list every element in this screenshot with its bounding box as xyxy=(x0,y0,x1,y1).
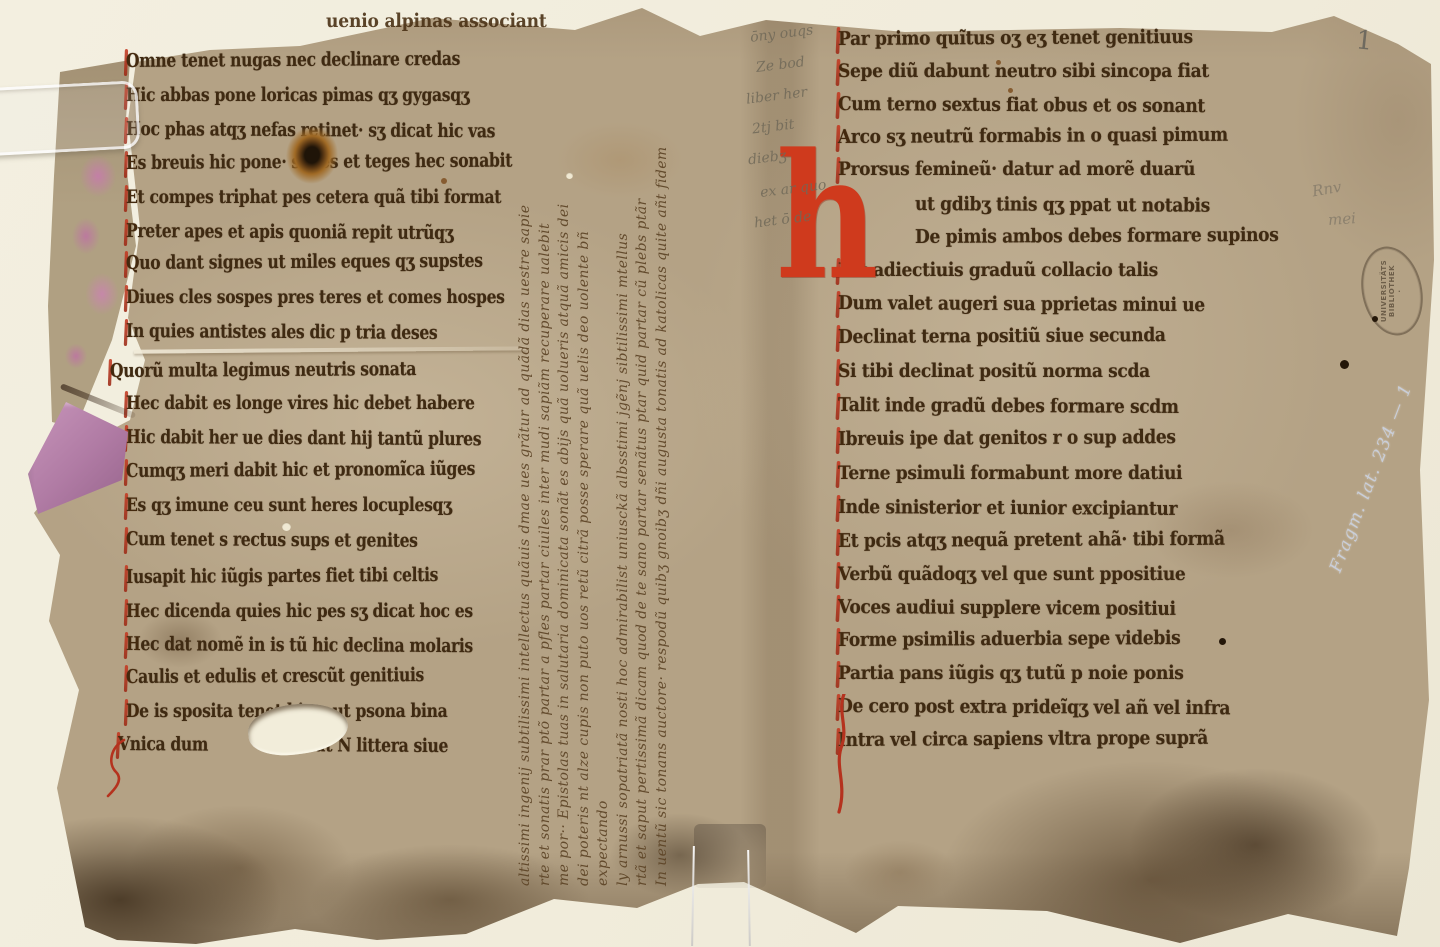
manuscript-verse-line: ut gdibʒ tinis qʒ ppat ut notabis xyxy=(915,193,1210,217)
cursive-note-line: In uentũ sic tonans auctore· respodũ qui… xyxy=(653,14,673,886)
line-text: t compes triphat pes cetera quã tibi for… xyxy=(138,186,502,208)
line-text: um valet augeri sua pprietas minui ue xyxy=(852,292,1204,316)
line-initial: C xyxy=(126,528,138,550)
line-text: rco sʒ neutrũ formabis in o quasi pimum xyxy=(851,124,1228,148)
manuscript-verse-line: Est adiectiuis graduũ collacio talis xyxy=(838,259,1158,281)
manuscript-photo: { "document": { "kind": "medieval parchm… xyxy=(0,0,1440,947)
line-text: st adiectiuis graduũ collacio talis xyxy=(851,259,1158,281)
line-initial: C xyxy=(838,93,851,115)
line-text: s qʒ imune ceu sunt heres locuplesqʒ xyxy=(138,494,452,516)
manuscript-verse-line: Diues cles sospes pres teres et comes ho… xyxy=(126,286,505,308)
line-text: iues cles sospes pres teres et comes hos… xyxy=(139,286,504,308)
manuscript-verse-line: Cum tenet s rectus sups et genites xyxy=(126,528,418,552)
red-flourish-left xyxy=(104,738,130,798)
line-initial: H xyxy=(126,600,140,622)
manuscript-verse-line: Quorũ multa legimus neutris sonata xyxy=(110,358,416,382)
line-initial: D xyxy=(838,326,853,348)
manuscript-verse-line: Par primo quĩtus oʒ eʒ tenet genitiuus xyxy=(838,26,1193,50)
line-text: uorũ multa legimus neutris sonata xyxy=(123,358,416,382)
manuscript-verse-line: Et compes triphat pes cetera quã tibi fo… xyxy=(126,186,501,208)
line-text: n quies antistes ales dic p tria deses xyxy=(133,320,438,344)
line-initial: C xyxy=(126,460,138,482)
cursive-note-line: rtã et saput pertissimã dicam quod de te… xyxy=(633,14,653,886)
line-text: erbũ quãdoqʒ vel que sunt ppositiue xyxy=(849,563,1185,585)
stamp-line-3: · xyxy=(1396,289,1404,292)
line-initial: V xyxy=(838,596,849,618)
manuscript-verse-line: Cum terno sextus fiat obus et os sonant xyxy=(838,93,1205,117)
cursive-note-line: dei poteris nt alze cupis non puto uos r… xyxy=(575,14,595,886)
line-initial: F xyxy=(838,629,849,651)
cursive-note-line: altissimi ingenij subtilissimi intellect… xyxy=(516,14,536,886)
manuscript-verse-line: Hec dicenda quies hic pes sʒ dicat hoc e… xyxy=(126,600,473,622)
line-text: ut gdibʒ tinis qʒ ppat ut notabis xyxy=(915,193,1210,217)
line-initial: O xyxy=(126,50,139,72)
line-initial: E xyxy=(126,152,138,174)
manuscript-verse-line: Intra vel circa sapiens vltra prope supr… xyxy=(838,727,1208,751)
manuscript-verse-line: Iusapit hic iũgis partes fiet tibi celti… xyxy=(126,564,438,588)
line-initial: T xyxy=(838,462,848,484)
line-text: i tibi declinat positũ norma scda xyxy=(850,360,1150,382)
left-page-cropped-top-line: uenio alpinas associant xyxy=(326,10,547,32)
ink-spot xyxy=(441,178,447,184)
line-text: alit inde gradũ debes formare scdm xyxy=(849,394,1179,418)
line-initial: I xyxy=(126,566,133,588)
manuscript-verse-line: De pimis ambos debes formare supinos xyxy=(915,224,1279,248)
white-fleck xyxy=(566,172,573,179)
line-initial: C xyxy=(126,666,138,688)
clip-wire xyxy=(691,846,695,946)
line-text: rorsus femineũ· datur ad morẽ duarũ xyxy=(851,158,1196,180)
line-text: oces audiui supplere vicem positiui xyxy=(849,596,1175,620)
manuscript-verse-line: Cumqʒ meri dabit hic et pronomĩca iũges xyxy=(126,458,475,482)
line-text: nde sinisterior et iunior excipiantur xyxy=(846,496,1178,520)
manuscript-verse-line: Caulis et edulis et crescũt genitiuis xyxy=(126,664,424,688)
line-initial: E xyxy=(126,186,138,208)
line-text: artia pans iũgis qʒ tutũ p noie ponis xyxy=(850,662,1183,684)
line-text: ic abbas pone loricas pimas qʒ gygasqʒ xyxy=(140,84,469,106)
stamp-line-2: BIBLIOTHEK xyxy=(1388,265,1396,317)
manuscript-verse-line: Sepe diũ dabunt neutro sibi sincopa fiat xyxy=(838,60,1209,82)
stamp-line-1: UNIVERSITÄTS xyxy=(1380,260,1388,322)
line-initial: D xyxy=(126,700,139,722)
manuscript-verse-line: Voces audiui supplere vicem positiui xyxy=(838,596,1176,620)
manuscript-verse-line: Quo dant signes ut miles eques qʒ supste… xyxy=(126,250,483,274)
line-text: epe diũ dabunt neutro sibi sincopa fiat xyxy=(850,60,1209,82)
manuscript-verse-line: Si tibi declinat positũ norma scda xyxy=(838,360,1150,382)
line-initial: I xyxy=(126,320,133,342)
line-initial: P xyxy=(838,28,850,50)
manuscript-verse-line: Et pcis atqʒ nequã pretent ahã· tibi for… xyxy=(838,528,1225,552)
pencil-folio-number: 1 xyxy=(1354,25,1374,57)
line-text: De pimis ambos debes formare supinos xyxy=(915,224,1279,248)
line-text: eclinat terna positiũ siue secunda xyxy=(852,324,1165,348)
white-fleck xyxy=(282,522,291,531)
line-initial: Q xyxy=(126,252,139,274)
line-initial: E xyxy=(838,530,851,552)
manuscript-verse-line: Terne psimuli formabunt more datiui xyxy=(838,462,1182,484)
line-initial: I xyxy=(838,496,846,518)
red-flourish-right xyxy=(832,694,854,814)
manuscript-verse-line: Talit inde gradũ debes formare scdm xyxy=(838,394,1179,418)
acrylic-mount-clip-top-left xyxy=(0,80,141,156)
line-text: um tenet s rectus sups et genites xyxy=(138,528,418,552)
line-text: um terno sextus fiat obus et os sonant xyxy=(851,93,1205,117)
line-initial: P xyxy=(838,662,850,684)
line-text: erne psimuli formabunt more datiui xyxy=(848,462,1182,484)
line-text: usapit hic iũgis partes fiet tibi celtis xyxy=(133,564,438,588)
manuscript-verse-line: Verbũ quãdoqʒ vel que sunt ppositiue xyxy=(838,563,1185,585)
cursive-note-line: me por·· Epistolas tuas in salutaria dom… xyxy=(555,14,575,886)
wormhole-dot xyxy=(1372,316,1378,322)
manuscript-verse-line: Hec dat nomẽ in is tũ hic declina molari… xyxy=(126,633,473,657)
line-initial: T xyxy=(838,394,849,416)
line-initial: D xyxy=(126,286,139,308)
manuscript-verse-line: Hic dabit her ue dies dant hij tantũ plu… xyxy=(126,426,481,450)
manuscript-verse-line: Forme psimilis aduerbia sepe videbis xyxy=(838,627,1180,651)
manuscript-verse-line: De cero post extra prideĩqʒ vel añ vel i… xyxy=(838,695,1230,719)
cursive-note-line: ly arnussi sopatriatã nosti hoc admirabi… xyxy=(614,14,634,886)
line-text: ec dabit es longe vires hic debet habere xyxy=(140,392,474,414)
wormhole-dot xyxy=(1340,360,1349,369)
line-initial: S xyxy=(838,60,850,82)
manuscript-verse-line: Ibreuis ipe dat genitos r o sup addes xyxy=(838,426,1176,450)
line-initial: I xyxy=(838,428,846,450)
manuscript-verse-line: Hec dabit es longe vires hic debet haber… xyxy=(126,392,475,414)
line-text: t pcis atqʒ nequã pretent ahã· tibi form… xyxy=(851,528,1225,552)
line-text: aulis et edulis et crescũt genitiuis xyxy=(138,664,424,688)
line-text: mne tenet nugas nec declinare credas xyxy=(139,48,460,72)
line-initial: P xyxy=(126,220,137,242)
line-text: breuis ipe dat genitos r o sup addes xyxy=(846,426,1176,450)
line-initial: H xyxy=(126,426,140,448)
line-initial: S xyxy=(838,360,850,382)
line-text: uo dant signes ut miles eques qʒ supstes xyxy=(139,250,483,274)
ink-spot xyxy=(996,60,1001,65)
manuscript-verse-line: Es qʒ imune ceu sunt heres locuplesqʒ xyxy=(126,494,452,516)
line-text: orme psimilis aduerbia sepe videbis xyxy=(849,627,1181,651)
manuscript-verse-line: Dum valet augeri sua pprietas minui ue xyxy=(838,292,1205,316)
line-text: ic dabit her ue dies dant hij tantũ plur… xyxy=(140,426,481,450)
manuscript-verse-line: In quies antistes ales dic p tria deses xyxy=(126,320,437,344)
line-initial: Q xyxy=(110,360,123,382)
manuscript-verse-line: Prorsus femineũ· datur ad morẽ duarũ xyxy=(838,158,1195,180)
line-text: ar primo quĩtus oʒ eʒ tenet genitiuus xyxy=(850,26,1193,50)
vertical-cursive-marginal-note: altissimi ingenij subtilissimi intellect… xyxy=(516,14,678,886)
manuscript-verse-line: Preter apes et apis quoniã repit utrũqʒ xyxy=(126,220,453,244)
line-text: umqʒ meri dabit hic et pronomĩca iũges xyxy=(138,458,475,482)
manuscript-verse-line: Hic abbas pone loricas pimas qʒ gygasqʒ xyxy=(126,84,469,106)
manuscript-verse-line: Declinat terna positiũ siue secunda xyxy=(838,324,1166,348)
line-text: ec dicenda quies hic pes sʒ dicat hoc es xyxy=(140,600,472,622)
faint-scribble-2: mei xyxy=(1327,209,1356,229)
line-text: ntra vel circa sapiens vltra prope suprã xyxy=(846,727,1208,751)
manuscript-verse-line: Omne tenet nugas nec declinare credas xyxy=(126,48,460,72)
stamp-text: UNIVERSITÄTS BIBLIOTHEK · xyxy=(1380,260,1404,322)
cursive-note-line: rte et sonatis prar ptõ partar a pfles p… xyxy=(536,14,556,886)
line-initial: E xyxy=(126,494,138,516)
line-initial: V xyxy=(838,563,849,585)
line-text: ec dat nomẽ in is tũ hic declina molaris xyxy=(140,633,473,657)
manuscript-verse-line: Arco sʒ neutrũ formabis in o quasi pimum xyxy=(838,124,1228,148)
manuscript-verse-line: Inde sinisterior et iunior excipiantur xyxy=(838,496,1177,520)
ink-spot xyxy=(1008,88,1013,93)
cursive-note-line: expectando xyxy=(594,14,614,886)
manuscript-verse-line: Partia pans iũgis qʒ tutũ p noie ponis xyxy=(838,662,1184,684)
line-text: reter apes et apis quoniã repit utrũqʒ xyxy=(137,220,453,244)
mount-clip-bottom-center xyxy=(694,824,766,888)
line-initial: H xyxy=(126,633,140,655)
line-text: e cero post extra prideĩqʒ vel añ vel in… xyxy=(852,695,1230,719)
wormhole-dot xyxy=(1219,638,1226,645)
